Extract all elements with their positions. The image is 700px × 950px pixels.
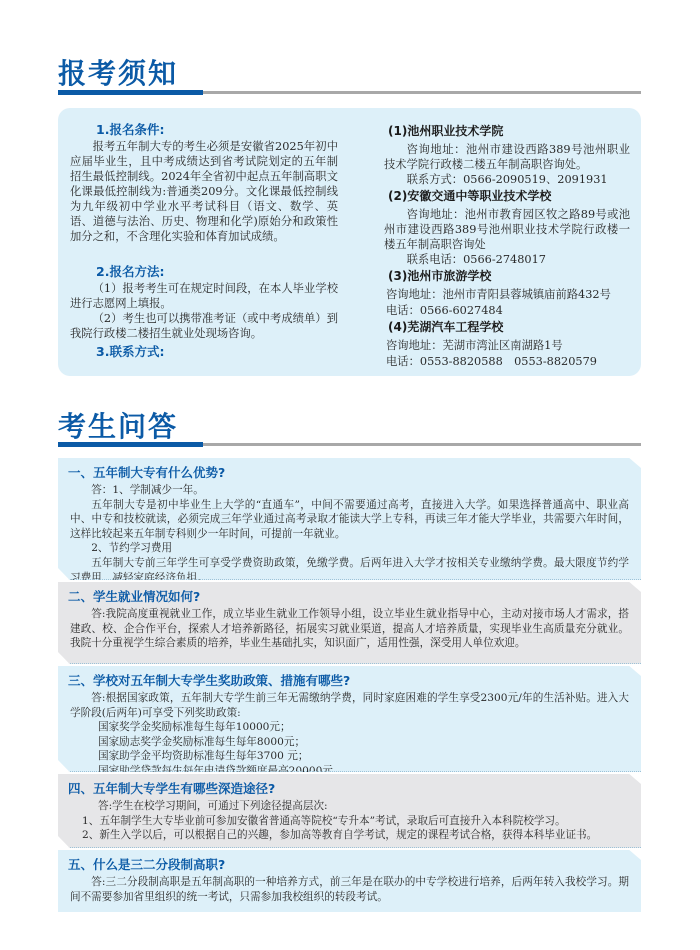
qa-question-3: 三、学校对五年制大专学生奖助政策、措施有哪些? — [68, 671, 641, 689]
answer-line: 2、新生入学以后，可以根据自己的兴趣，参加高等教育自学考试，规定的课程考试合格，… — [70, 828, 629, 843]
qa-answer-3: 答:根据国家政策，五年制大专学生前三年无需缴纳学费，同时家庭困难的学生享受230… — [70, 691, 629, 779]
conditions-text: 报考五年制大专的考生必须是安徽省2025年初中应届毕业生，且中考成绩达到省考试院… — [70, 139, 338, 244]
dotted-divider — [58, 579, 641, 580]
answer-line: 国家助学金平均资助标准每生每年3700 元； — [70, 749, 629, 764]
answer-line: 2、节约学习费用 — [70, 541, 629, 556]
dotted-divider — [58, 771, 641, 772]
qa-title-rule — [58, 443, 641, 446]
school-phone-2: 联系电话：0566-2748017 — [384, 252, 630, 267]
school-address-2: 咨询地址：池州市教育园区牧之路89号或池州市建设西路389号池州职业技术学院行政… — [384, 207, 630, 252]
qa-item-1: 一、五年制大专有什么优势? 答：1、学制减少一年。 五年制大专是初中毕业生上大学… — [58, 458, 641, 580]
contact-heading: 3.联系方式: — [96, 344, 338, 359]
school-address-4: 咨询地址：芜湖市湾沚区南湖路1号 — [384, 338, 630, 353]
school-name-1: (1)池州职业技术学院 — [388, 124, 630, 139]
method-item-1: （1）报考考生可在规定时间段，在本人毕业学校进行志愿网上填报。 — [70, 281, 338, 311]
answer-line: 1、五年制学生大专毕业前可参加安徽省普通高等院校“专升本”考试，录取后可直接升入… — [70, 814, 629, 829]
conditions-heading: 1.报名条件: — [96, 122, 338, 137]
answer-line: 答:根据国家政策，五年制大专学生前三年无需缴纳学费，同时家庭困难的学生享受230… — [70, 691, 629, 720]
method-item-2: （2）考生也可以携带准考证（或中考成绩单）到我院行政楼二楼招生就业处现场咨询。 — [70, 311, 338, 341]
dotted-divider — [58, 663, 641, 664]
answer-line: 答:学生在校学习期间，可通过下列途径提高层次: — [70, 799, 629, 814]
answer-line: 答：1、学制减少一年。 — [70, 483, 629, 498]
answer-line: 五年制大专前三年学生可享受学费资助政策，免缴学费。后两年进入大学才按相关专业缴纳… — [70, 556, 629, 585]
answer-line: 国家奖学金奖励标准每生每年10000元； — [70, 720, 629, 735]
school-phone-4: 电话：0553-8820588 0553-8820579 — [384, 354, 630, 369]
title-rule-accent — [58, 442, 203, 447]
notice-left-column: 1.报名条件: 报考五年制大专的考生必须是安徽省2025年初中应届毕业生，且中考… — [70, 122, 338, 361]
answer-line: 五年制大专是初中毕业生上大学的“直通车”，中间不需要通过高考，直接进入大学。如果… — [70, 498, 629, 542]
answer-line: 国家励志奖学金奖励标准每生每年8000元； — [70, 735, 629, 750]
answer-line: 答:我院高度重视就业工作，成立毕业生就业工作领导小组，设立毕业生就业指导中心，主… — [70, 607, 629, 651]
school-name-2: (2)安徽交通中等职业技术学校 — [388, 189, 630, 204]
notice-title-rule — [58, 91, 641, 94]
qa-item-2: 二、学生就业情况如何? 答:我院高度重视就业工作，成立毕业生就业工作领导小组，设… — [58, 582, 641, 664]
qa-answer-4: 答:学生在校学习期间，可通过下列途径提高层次: 1、五年制学生大专毕业前可参加安… — [70, 799, 629, 843]
notice-section-title: 报考须知 — [58, 52, 178, 92]
qa-question-2: 二、学生就业情况如何? — [68, 587, 641, 605]
qa-question-5: 五、什么是三二分段制高职? — [68, 855, 641, 873]
dotted-divider — [58, 847, 641, 848]
school-name-4: (4)芜湖汽车工程学校 — [388, 320, 630, 335]
school-phone-1: 联系方式：0566-2090519、2091931 — [384, 172, 630, 187]
title-rule-accent — [58, 90, 203, 95]
qa-answer-1: 答：1、学制减少一年。 五年制大专是初中毕业生上大学的“直通车”，中间不需要通过… — [70, 483, 629, 585]
school-phone-3: 电话：0566-6027484 — [384, 303, 630, 318]
qa-question-4: 四、五年制大专学生有哪些深造途径? — [68, 779, 641, 797]
qa-answer-5: 答:三二分段制高职是五年制高职的一种培养方式，前三年是在联办的中专学校进行培养，… — [70, 875, 629, 904]
qa-item-5: 五、什么是三二分段制高职? 答:三二分段制高职是五年制高职的一种培养方式，前三年… — [58, 850, 641, 912]
qa-item-4: 四、五年制大专学生有哪些深造途径? 答:学生在校学习期间，可通过下列途径提高层次… — [58, 774, 641, 848]
school-address-3: 咨询地址：池州市青阳县蓉城镇庙前路432号 — [384, 287, 630, 302]
method-heading: 2.报名方法: — [96, 264, 338, 279]
notice-box: 1.报名条件: 报考五年制大专的考生必须是安徽省2025年初中应届毕业生，且中考… — [58, 108, 641, 376]
qa-item-3: 三、学校对五年制大专学生奖助政策、措施有哪些? 答:根据国家政策，五年制大专学生… — [58, 666, 641, 772]
school-address-1: 咨询地址：池州市建设西路389号池州职业技术学院行政楼二楼五年制高职咨询处。 — [384, 142, 630, 172]
qa-question-1: 一、五年制大专有什么优势? — [68, 463, 641, 481]
school-name-3: (3)池州市旅游学校 — [388, 269, 630, 284]
qa-section-title: 考生问答 — [58, 405, 178, 445]
qa-answer-2: 答:我院高度重视就业工作，成立毕业生就业工作领导小组，设立毕业生就业指导中心，主… — [70, 607, 629, 651]
notice-right-column: (1)池州职业技术学院 咨询地址：池州市建设西路389号池州职业技术学院行政楼二… — [384, 122, 630, 370]
answer-line: 答:三二分段制高职是五年制高职的一种培养方式，前三年是在联办的中专学校进行培养，… — [70, 875, 629, 904]
